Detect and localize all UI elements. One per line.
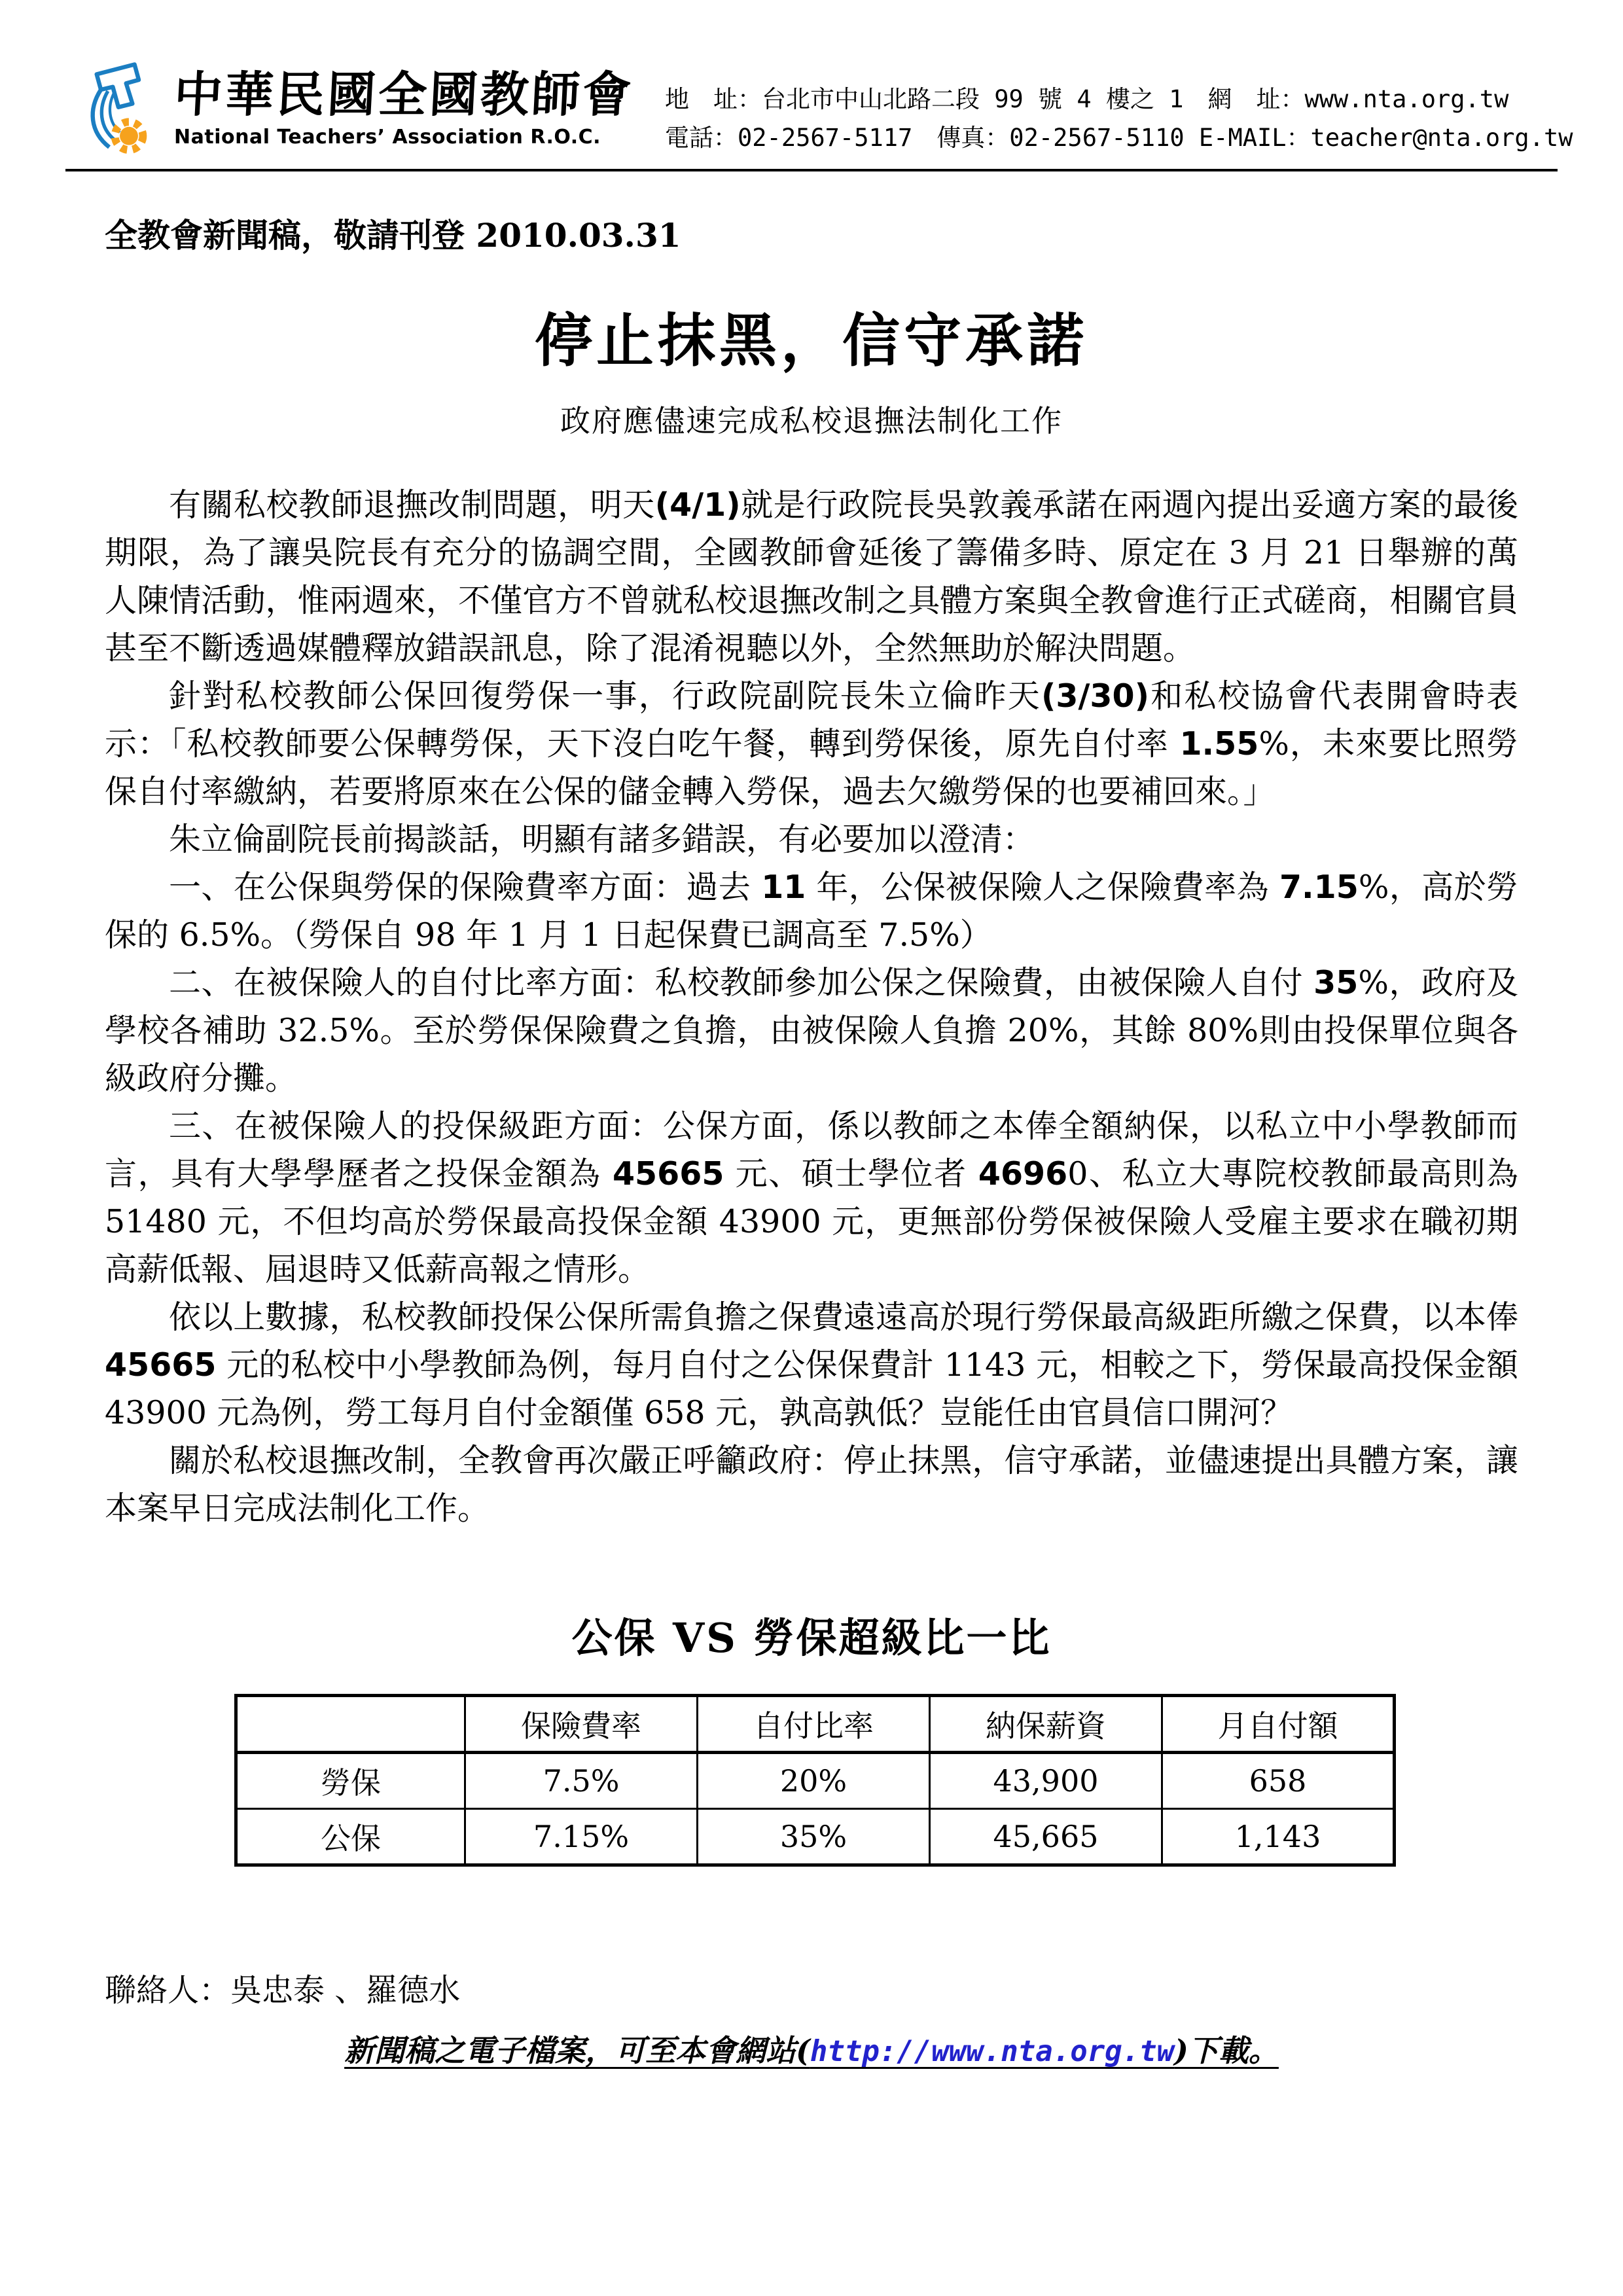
table-row: 勞保7.5%20%43,900658	[236, 1753, 1395, 1809]
document-subtitle: 政府應儘速完成私校退撫法制化工作	[0, 397, 1623, 440]
download-note-suffix: )下載。	[1174, 2033, 1279, 2068]
release-date-line: 全教會新聞稿，敬請刊登 2010.03.31	[105, 209, 1623, 257]
highlighted-number: 4696	[978, 1155, 1067, 1193]
comparison-table-title: 公保 VS 勞保超級比一比	[0, 1605, 1623, 1664]
paragraph-text: 關於私校退撫改制，全教會再次嚴正呼籲政府：停止抹黑，信守承諾，並儘速提出具體方案…	[105, 1442, 1518, 1527]
table-header-cell: 保險費率	[465, 1696, 698, 1753]
body-paragraph: 有關私校教師退撫改制問題，明天(4/1)就是行政院長吳敦義承諾在兩週內提出妥適方…	[105, 481, 1518, 672]
table-header-cell: 月自付額	[1162, 1696, 1395, 1753]
highlighted-number: 35	[1313, 964, 1358, 1001]
body-paragraph: 依以上數據，私校教師投保公保所需負擔之保費遠遠高於現行勞保最高級距所繳之保費，以…	[105, 1293, 1518, 1437]
paragraph-text: 元、碩士學位者	[724, 1155, 978, 1193]
paragraph-text: 朱立倫副院長前揭談話，明顯有諸多錯誤，有必要加以澄清：	[169, 821, 1035, 858]
press-release-page: 中華民國全國教師會 National Teachers’ Association…	[0, 0, 1623, 2296]
org-phone-line: 電話：02-2567-5117 傳真：02-2567-5110 E-MAIL：t…	[665, 118, 1573, 157]
value-cell: 7.15%	[465, 1809, 698, 1865]
value-cell: 1,143	[1162, 1809, 1395, 1865]
comparison-table: 保險費率自付比率納保薪資月自付額 勞保7.5%20%43,900658公保7.1…	[234, 1694, 1396, 1867]
org-names: 中華民國全國教師會 National Teachers’ Association…	[174, 70, 633, 149]
table-header-row: 保險費率自付比率納保薪資月自付額	[236, 1696, 1395, 1753]
paragraph-text: 年，公保被保險人之保險費率為	[806, 869, 1279, 906]
table-header-cell	[236, 1696, 465, 1753]
org-address-line: 地 址：台北市中山北路二段 99 號 4 樓之 1 網 址：www.nta.or…	[665, 80, 1573, 118]
paragraph-text: 有關私校教師退撫改制問題，明天	[169, 486, 655, 524]
body-paragraphs: 有關私校教師退撫改制問題，明天(4/1)就是行政院長吳敦義承諾在兩週內提出妥適方…	[105, 481, 1518, 1532]
org-name-en: National Teachers’ Association R.O.C.	[174, 126, 633, 149]
value-cell: 7.5%	[465, 1753, 698, 1809]
highlighted-number: 45665	[105, 1346, 216, 1384]
body-paragraph: 針對私校教師公保回復勞保一事，行政院副院長朱立倫昨天(3/30)和私校協會代表開…	[105, 672, 1518, 816]
body-paragraph: 朱立倫副院長前揭談話，明顯有諸多錯誤，有必要加以澄清：	[105, 816, 1518, 863]
download-note-inner: 新聞稿之電子檔案，可至本會網站(http://www.nta.org.tw)下載…	[344, 2033, 1279, 2068]
paragraph-text: 依以上數據，私校教師投保公保所需負擔之保費遠遠高於現行勞保最高級距所繳之保費，以…	[169, 1299, 1518, 1336]
row-label-cell: 勞保	[236, 1753, 465, 1809]
value-cell: 35%	[698, 1809, 930, 1865]
table-header-cell: 自付比率	[698, 1696, 930, 1753]
download-note-line: 新聞稿之電子檔案，可至本會網站(http://www.nta.org.tw)下載…	[0, 2027, 1623, 2070]
highlighted-number: 45665	[613, 1155, 724, 1193]
letterhead: 中華民國全國教師會 National Teachers’ Association…	[0, 0, 1623, 158]
highlighted-number: 7.15	[1279, 869, 1359, 906]
document-title: 停止抹黑，信守承諾	[0, 308, 1623, 374]
nta-logo-icon	[73, 60, 165, 158]
value-cell: 45,665	[930, 1809, 1162, 1865]
paragraph-text: 一、在公保與勞保的保險費率方面：過去	[169, 869, 761, 906]
body-paragraph: 二、在被保險人的自付比率方面：私校教師參加公保之保險費，由被保險人自付 35%，…	[105, 959, 1518, 1102]
org-logo: 中華民國全國教師會 National Teachers’ Association…	[73, 60, 633, 158]
value-cell: 43,900	[930, 1753, 1162, 1809]
highlighted-number: 1.55	[1179, 725, 1258, 762]
highlighted-number: (3/30)	[1041, 677, 1149, 715]
paragraph-text: 二、在被保險人的自付比率方面：私校教師參加公保之保險費，由被保險人自付	[169, 964, 1313, 1001]
row-label-cell: 公保	[236, 1809, 465, 1865]
table-body: 勞保7.5%20%43,900658公保7.15%35%45,6651,143	[236, 1753, 1395, 1865]
org-contact-info: 地 址：台北市中山北路二段 99 號 4 樓之 1 網 址：www.nta.or…	[665, 80, 1573, 157]
body-paragraph: 三、在被保險人的投保級距方面：公保方面，係以教師之本俸全額納保，以私立中小學教師…	[105, 1102, 1518, 1293]
org-name-zh: 中華民國全國教師會	[173, 70, 635, 121]
highlighted-number: (4/1)	[655, 486, 741, 524]
download-url-link[interactable]: http://www.nta.org.tw	[810, 2035, 1174, 2068]
body-paragraph: 一、在公保與勞保的保險費率方面：過去 11 年，公保被保險人之保險費率為 7.1…	[105, 863, 1518, 959]
paragraph-text: 針對私校教師公保回復勞保一事，行政院副院長朱立倫昨天	[169, 677, 1041, 715]
table-row: 公保7.15%35%45,6651,143	[236, 1809, 1395, 1865]
value-cell: 658	[1162, 1753, 1395, 1809]
value-cell: 20%	[698, 1753, 930, 1809]
paragraph-text: 元的私校中小學教師為例，每月自付之公保保費計 1143 元，相較之下，勞保最高投…	[105, 1346, 1518, 1431]
table-header-cell: 納保薪資	[930, 1696, 1162, 1753]
body-paragraph: 關於私校退撫改制，全教會再次嚴正呼籲政府：停止抹黑，信守承諾，並儘速提出具體方案…	[105, 1437, 1518, 1532]
highlighted-number: 11	[761, 869, 806, 906]
contact-person-line: 聯絡人：吳忠泰 、羅德水	[105, 1965, 1623, 2010]
header-divider	[65, 169, 1558, 171]
download-note-prefix: 新聞稿之電子檔案，可至本會網站(	[344, 2033, 810, 2068]
